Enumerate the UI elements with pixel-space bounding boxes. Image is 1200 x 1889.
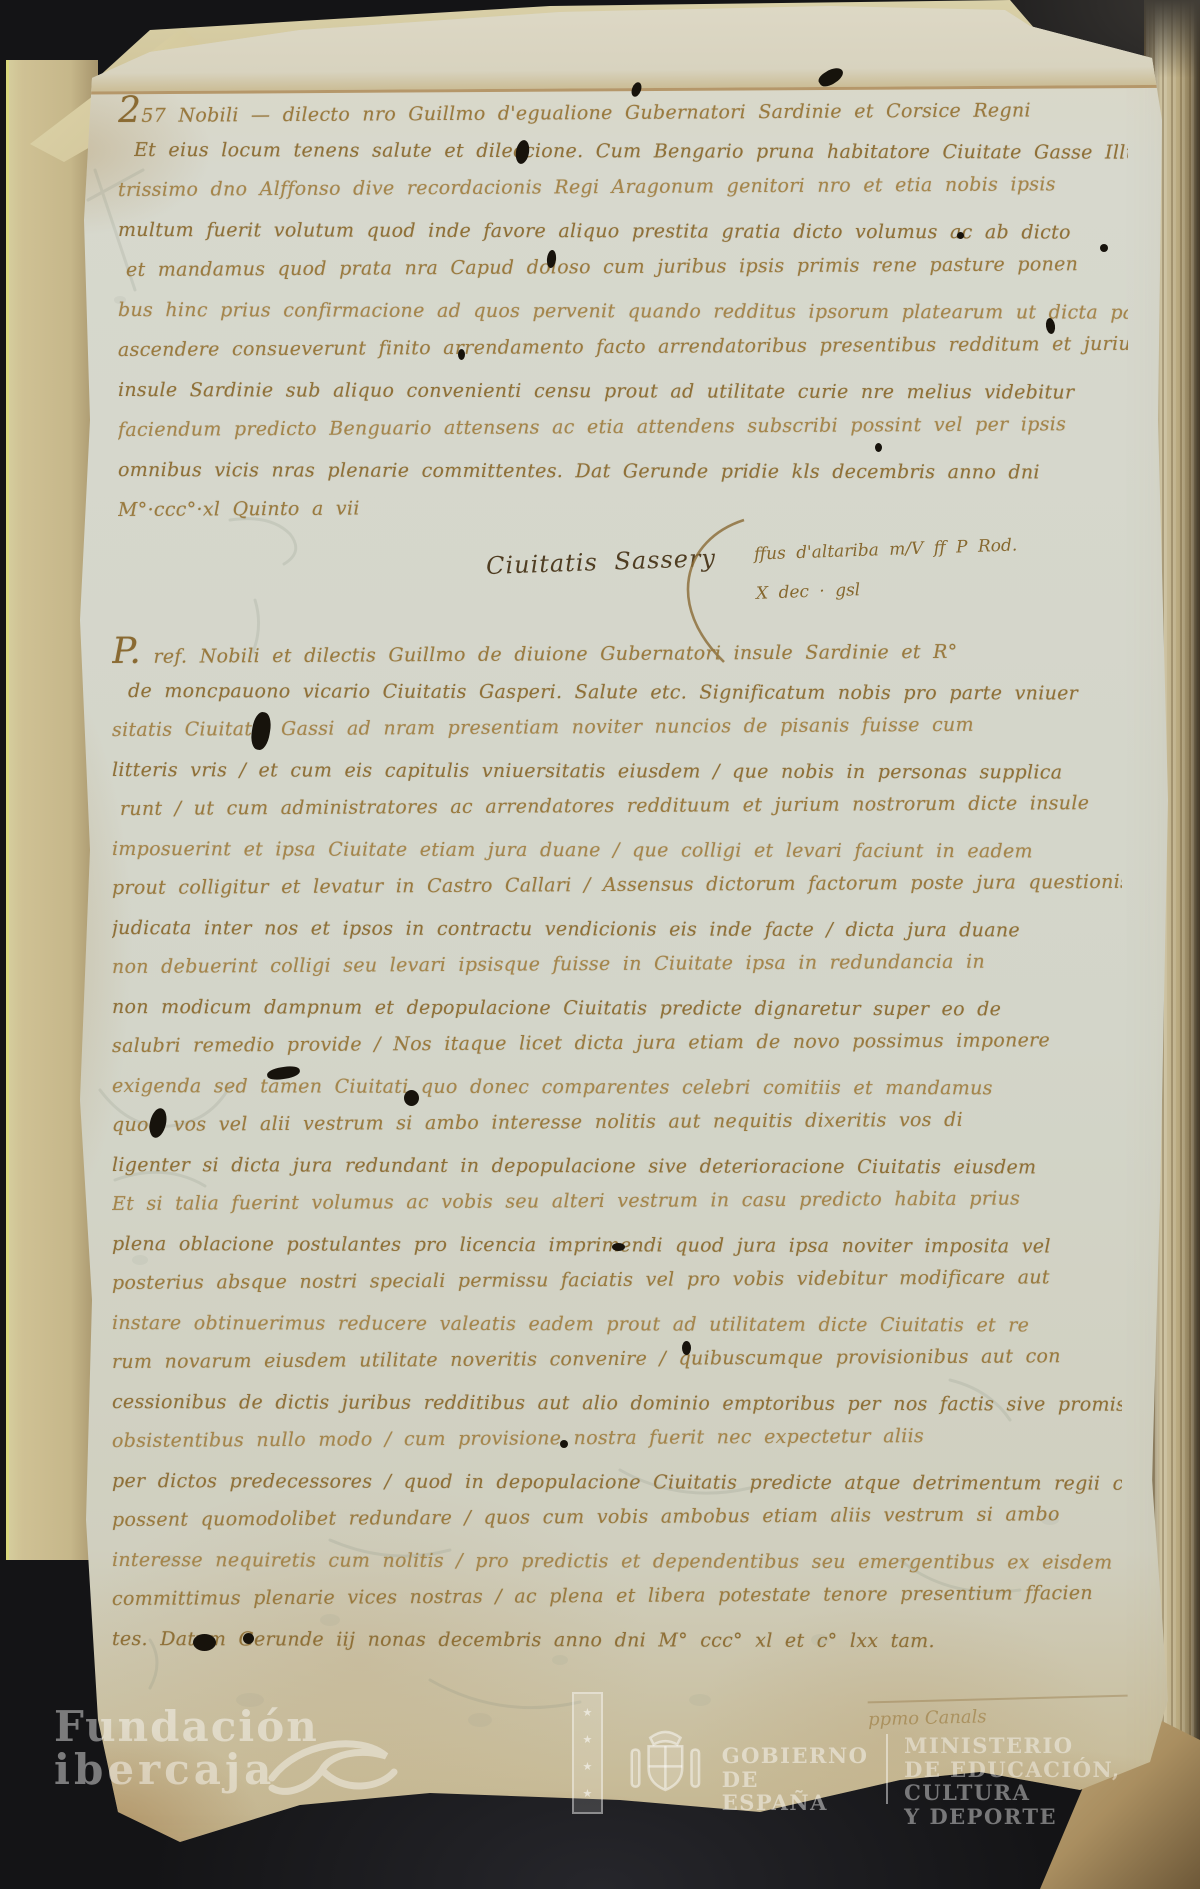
manuscript-line: tes. Datum Gerunde iij nonas decembris a… [112, 1620, 1122, 1662]
manuscript-line: P. ref. Nobili et dilectis Guillmo de di… [112, 626, 1122, 672]
star-icon: ★ [583, 1760, 593, 1773]
marginal-note-line1: ffus d'altariba m/V ff P Rod. [754, 535, 1018, 564]
star-icon: ★ [583, 1733, 593, 1746]
ministerio-line1: MINISTERIO [904, 1734, 1200, 1758]
manuscript-line: faciendum predicto Benguario attensens a… [118, 404, 1128, 450]
gobierno-line2: DE ESPAÑA [722, 1768, 869, 1815]
ink-blot [1100, 244, 1108, 252]
manuscript-line: M°·ccc°·xl Quinto a vii [118, 484, 1128, 530]
gobierno-watermark-text: GOBIERNO DE ESPAÑA [722, 1744, 869, 1815]
ibercaja-logo-icon [268, 1732, 398, 1812]
manuscript-line: Et si talia fuerint volumus ac vobis seu… [112, 1179, 1122, 1225]
manuscript-line: salubri remedio provide / Nos itaque lic… [112, 1021, 1122, 1067]
manuscript-line: trissimo dno Alffonso dive recordacionis… [118, 164, 1128, 210]
manuscript-line: 257 Nobili — dilecto nro Guillmo d'egual… [118, 84, 1128, 130]
manuscript-line: runt / ut cum administratores ac arrenda… [120, 784, 1130, 830]
manuscript-line: prout colligitur et levatur in Castro Ca… [112, 863, 1122, 909]
paragraph-1: 257 Nobili — dilecto nro Guillmo d'egual… [118, 90, 1128, 530]
manuscript-line: quod vos vel alii vestrum si ambo intere… [112, 1100, 1122, 1146]
manuscript-line: committimus plenarie vices nostras / ac … [112, 1574, 1122, 1620]
manuscript-page: 257 Nobili — dilecto nro Guillmo d'egual… [0, 0, 1200, 1889]
manuscript-line: ascendere consueverunt finito arrendamen… [118, 324, 1128, 370]
manuscript-line: non debuerint colligi seu levari ipsisqu… [112, 942, 1122, 988]
eu-flag-watermark-icon: ★ ★ ★ ★ [572, 1692, 603, 1814]
ink-blot [193, 1634, 216, 1651]
gobierno-line1: GOBIERNO [722, 1744, 869, 1768]
parchment-cover-left [6, 60, 98, 1560]
watermark-divider [886, 1734, 888, 1804]
ink-blot [957, 232, 964, 239]
ink-blot [243, 1633, 254, 1644]
manuscript-line: posterius absque nostri speciali permiss… [112, 1258, 1122, 1304]
ink-blot [560, 1440, 568, 1448]
manuscript-line: et mandamus quod prata nra Capud doloso … [126, 244, 1128, 290]
ink-blot [458, 349, 465, 360]
ministerio-watermark-text: MINISTERIO DE EDUCACIÓN, CULTURA Y DEPOR… [904, 1734, 1200, 1828]
spain-coat-of-arms-icon [625, 1710, 706, 1806]
manuscript-photo-scene: 257 Nobili — dilecto nro Guillmo d'egual… [0, 0, 1200, 1889]
ink-blot [682, 1341, 691, 1355]
manuscript-line: obsistentibus nullo modo / cum provision… [112, 1416, 1122, 1462]
star-icon: ★ [583, 1706, 593, 1719]
ministerio-line3: Y DEPORTE [904, 1805, 1200, 1829]
ink-blot [612, 1243, 625, 1251]
ink-blot [875, 443, 882, 452]
government-watermark: ★ ★ ★ ★ GOBIERNO DE ESPAÑA MINISTERIO DE… [572, 1692, 1200, 1828]
ink-blot [404, 1090, 419, 1106]
star-icon: ★ [583, 1787, 593, 1800]
manuscript-line: rum novarum eiusdem utilitate noveritis … [112, 1337, 1122, 1383]
paragraph-2: P. ref. Nobili et dilectis Guillmo de di… [112, 632, 1132, 1659]
manuscript-line: possent quomodolibet redundare / quos cu… [112, 1495, 1122, 1541]
ministerio-line2: DE EDUCACIÓN, CULTURA [904, 1758, 1200, 1805]
marginal-note-line2: X dec · gsl [756, 580, 861, 604]
